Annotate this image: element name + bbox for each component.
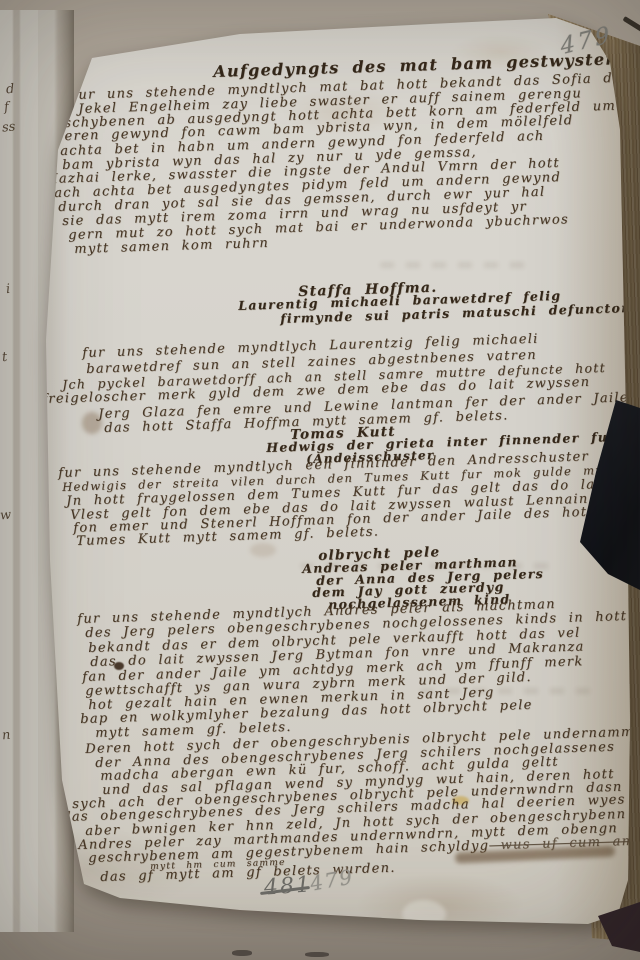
facing-page-text-fragment: n <box>1 728 11 744</box>
margin-smudge <box>2 392 15 403</box>
facing-page-text-fragment: d <box>5 82 15 98</box>
scuff-patch <box>402 900 446 928</box>
gutter-blot <box>30 152 47 171</box>
debris-speck <box>232 950 252 956</box>
showthrough-mark <box>380 262 530 268</box>
facing-page-text-fragment: ss <box>1 119 16 135</box>
facing-page-text-fragment: f <box>3 100 9 115</box>
debris-speck <box>305 952 329 957</box>
page-shadow-wrap: Aufgedyngts des mat bam gestwysterfur un… <box>0 0 640 960</box>
facing-page-text-fragment: w <box>0 508 12 524</box>
foxing-spot <box>250 543 276 557</box>
manuscript-photo: Aufgedyngts des mat bam gestwysterfur un… <box>0 0 640 960</box>
manuscript-page: Aufgedyngts des mat bam gestwysterfur un… <box>0 0 640 960</box>
